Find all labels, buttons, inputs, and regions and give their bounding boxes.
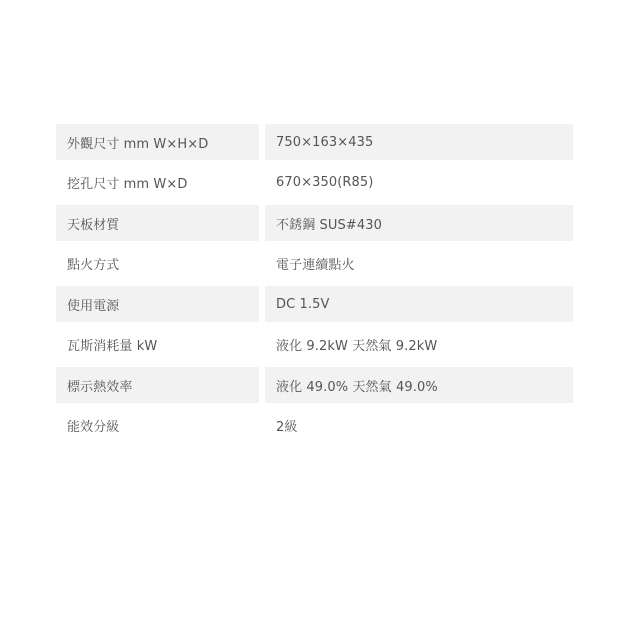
spec-label: 能效分級 xyxy=(56,408,259,444)
spec-row-power: 使用電源 DC 1.5V xyxy=(56,286,573,322)
spec-label: 使用電源 xyxy=(56,286,259,322)
spec-value: 不銹鋼 SUS#430 xyxy=(265,205,573,241)
spec-row-top-material: 天板材質 不銹鋼 SUS#430 xyxy=(56,205,573,241)
spec-label: 標示熱效率 xyxy=(56,367,259,403)
spec-value: 液化 49.0% 天然氣 49.0% xyxy=(265,367,573,403)
spec-value: 液化 9.2kW 天然氣 9.2kW xyxy=(265,327,573,363)
spec-value: 750×163×435 xyxy=(265,124,573,160)
spec-row-gas-consumption: 瓦斯消耗量 kW 液化 9.2kW 天然氣 9.2kW xyxy=(56,327,573,363)
spec-value: 電子連續點火 xyxy=(265,246,573,282)
spec-row-energy-grade: 能效分級 2級 xyxy=(56,408,573,444)
spec-label: 點火方式 xyxy=(56,246,259,282)
spec-value: 670×350(R85) xyxy=(265,165,573,201)
spec-row-cutout: 挖孔尺寸 mm W×D 670×350(R85) xyxy=(56,165,573,201)
spec-label: 天板材質 xyxy=(56,205,259,241)
spec-row-dimensions: 外觀尺寸 mm W×H×D 750×163×435 xyxy=(56,124,573,160)
spec-value: 2級 xyxy=(265,408,573,444)
spec-label: 瓦斯消耗量 kW xyxy=(56,327,259,363)
spec-table: 外觀尺寸 mm W×H×D 750×163×435 挖孔尺寸 mm W×D 67… xyxy=(56,124,573,448)
spec-value: DC 1.5V xyxy=(265,286,573,322)
spec-label: 外觀尺寸 mm W×H×D xyxy=(56,124,259,160)
spec-row-ignition: 點火方式 電子連續點火 xyxy=(56,246,573,282)
spec-label: 挖孔尺寸 mm W×D xyxy=(56,165,259,201)
spec-row-thermal-efficiency: 標示熱效率 液化 49.0% 天然氣 49.0% xyxy=(56,367,573,403)
